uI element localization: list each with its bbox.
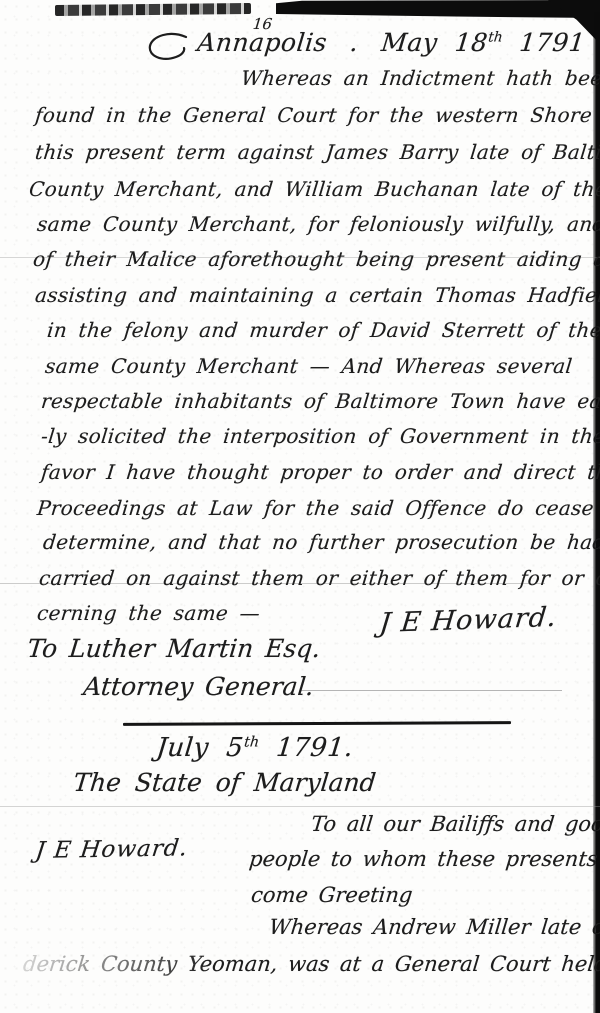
manuscript-line: carried on against them or either of the… [38, 566, 600, 590]
dateline-year: 1791. [275, 733, 355, 763]
scan-edge-band-top-right [276, 0, 600, 18]
dateline-year: 1791 [518, 28, 587, 57]
scan-edge-band-top-left [55, 3, 251, 16]
scan-fold-line [0, 806, 600, 807]
signature-howard: J E Howard. [34, 835, 190, 864]
manuscript-line: -ly solicited the interposition of Gover… [40, 424, 600, 448]
manuscript-line: come Greeting [250, 883, 414, 907]
dateline-ordinal: th [487, 30, 503, 46]
manuscript-line: same County Merchant, for feloniously wi… [36, 212, 600, 236]
dateline: July 5th 1791. [155, 733, 355, 763]
manuscript-line: County Merchant, and William Buchanan la… [28, 177, 600, 201]
manuscript-line: Whereas Andrew Miller late of [268, 915, 600, 939]
dateline-date: May 18 [380, 28, 489, 57]
manuscript-line: found in the General Court for the weste… [34, 103, 600, 127]
manuscript-line: cerning the same — [36, 601, 261, 625]
manuscript-line: Whereas an Indictment hath been [240, 66, 600, 90]
manuscript-line: favor I have thought proper to order and… [40, 460, 600, 484]
manuscript-page: 16 Annapolis . May 18th 1791 Whereas an … [0, 0, 600, 1013]
manuscript-line: of their Malice aforethought being prese… [32, 247, 600, 271]
manuscript-line: determine, and that no further prosecuti… [42, 530, 600, 554]
dateline-date: July 5 [155, 733, 245, 763]
addressee-title: Attorney General. [82, 672, 315, 701]
letter-heading: The State of Maryland [72, 768, 377, 797]
dateline: Annapolis . May 18th 1791 [196, 28, 587, 57]
manuscript-line: derick County Yeoman, was at a General C… [22, 952, 600, 976]
manuscript-line: same County Merchant — And Whereas sever… [44, 354, 574, 378]
manuscript-line: Proceedings at Law for the said Offence … [36, 496, 600, 520]
dateline-place: Annapolis [196, 28, 329, 57]
calligraphic-flourish-icon [146, 32, 190, 62]
dateline-ordinal: th [243, 734, 260, 750]
manuscript-line: respectable inhabitants of Baltimore Tow… [40, 389, 600, 413]
manuscript-line: this present term against James Barry la… [34, 140, 600, 164]
section-divider [123, 721, 511, 726]
manuscript-line: To all our Bailiffs and good [310, 812, 600, 836]
manuscript-line: assisting and maintaining a certain Thom… [34, 283, 600, 307]
manuscript-line: people to whom these presents shall [248, 847, 600, 871]
manuscript-line: in the felony and murder of David Sterre… [46, 318, 600, 342]
scan-fold-line [300, 690, 562, 691]
addressee-name: To Luther Martin Esq. [26, 634, 322, 663]
signature-howard: J E Howard. [378, 602, 559, 639]
dateline-separator: . [343, 28, 365, 57]
